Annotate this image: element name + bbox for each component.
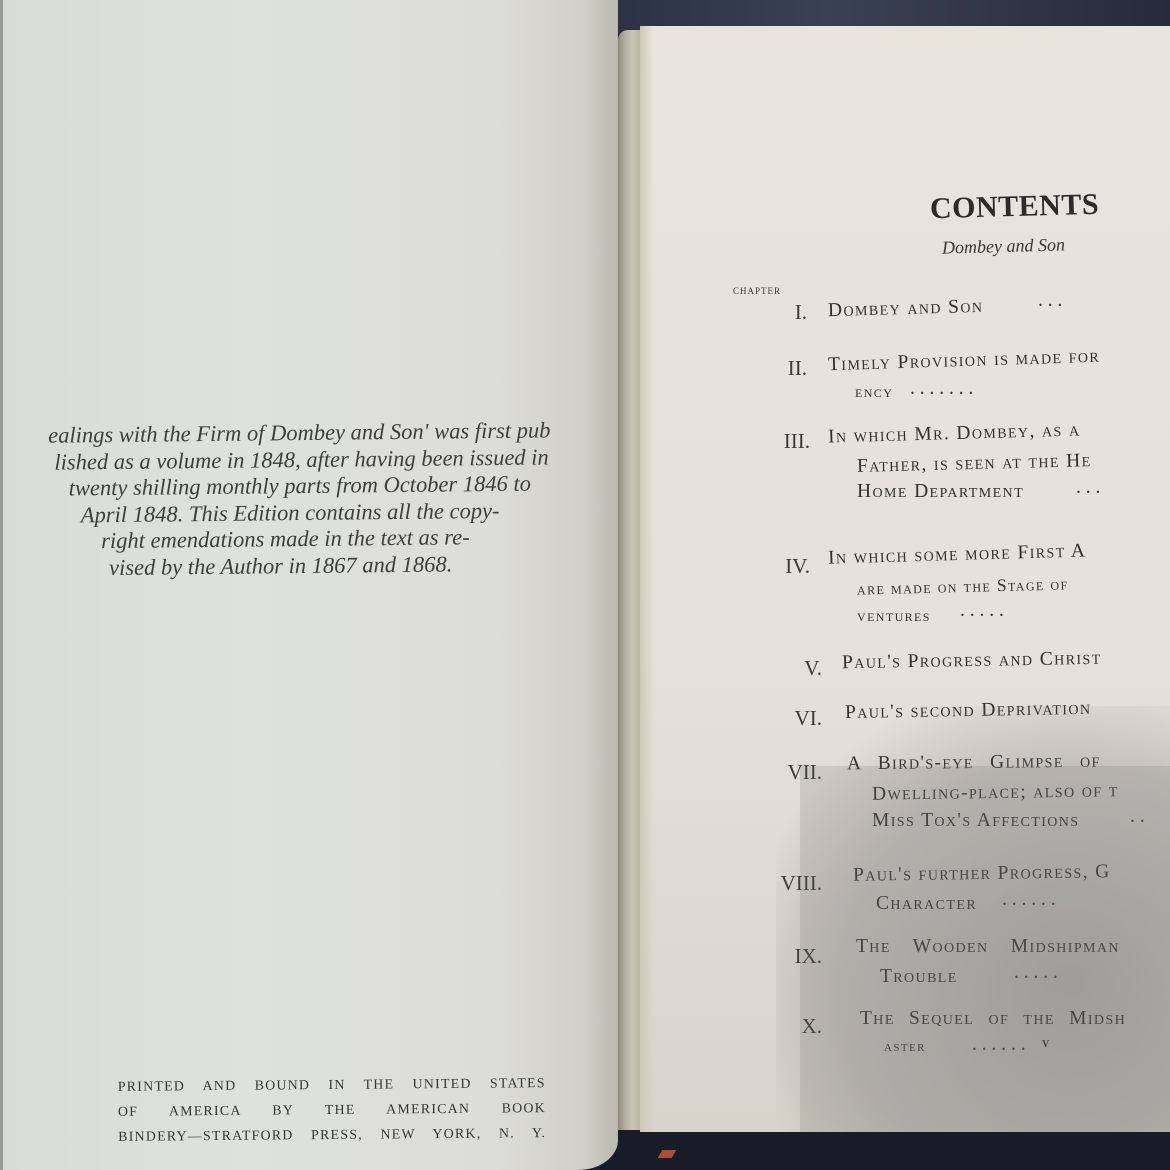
chapter-title-line: A Bird's-eye Glimpse of xyxy=(847,751,1101,776)
chapter-number: V. xyxy=(762,656,822,681)
chapter-title-line: In which some more First A xyxy=(828,540,1087,569)
right-page-contents: CONTENTS Dombey and Son CHAPTER I. Dombe… xyxy=(640,26,1170,1132)
open-book-spread: ealings with the Firm of Dombey and Son'… xyxy=(0,0,1170,1170)
colophon-line: OF AMERICA BY THE AMERICAN BOOK xyxy=(118,1095,546,1124)
dot-leaders: . . . xyxy=(1076,477,1100,499)
chapter-number: I. xyxy=(747,300,807,325)
chapter-title-line: Paul's Progress and Christ xyxy=(842,648,1102,675)
left-page-verso: ealings with the Firm of Dombey and Son'… xyxy=(0,0,618,1170)
dot-leaders: . . . . . . xyxy=(1002,889,1056,911)
dot-leaders: . . . . . . xyxy=(972,1034,1026,1056)
table-of-contents: I. Dombey and Son . . . II. Timely Provi… xyxy=(640,26,1170,1132)
chapter-number: VIII. xyxy=(762,871,822,896)
chapter-number: VII. xyxy=(762,760,822,785)
chapter-title-line: The Sequel of the Midsh xyxy=(860,1008,1126,1030)
chapter-title-line: Miss Tox's Affections xyxy=(872,810,1080,832)
chapter-title-line: Father, is seen at the He xyxy=(857,450,1092,478)
chapter-title-line: The Wooden Midshipman xyxy=(856,936,1120,958)
chapter-title-line: ency xyxy=(855,382,893,402)
dot-leaders: . . . xyxy=(1038,290,1062,312)
printer-colophon: PRINTED AND BOUND IN THE UNITED STATES O… xyxy=(118,1070,547,1149)
chapter-title-line: Trouble xyxy=(880,966,958,988)
chapter-title-line: Dombey and Son xyxy=(828,296,984,322)
chapter-number: IV. xyxy=(750,554,810,579)
chapter-title-line: Home Department xyxy=(857,481,1024,503)
dot-leaders: . . . . . . . xyxy=(910,378,973,400)
note-line: vised by the Author in 1867 and 1868. xyxy=(0,549,618,583)
chapter-title-line: aster xyxy=(884,1038,926,1056)
chapter-title-line: Character xyxy=(876,893,977,915)
chapter-title-line: Dwelling-place; also of t xyxy=(872,780,1119,805)
chapter-title-line: ventures xyxy=(857,606,931,626)
page-number: v xyxy=(1042,1036,1049,1052)
chapter-number: III. xyxy=(750,429,810,454)
chapter-title-line: are made on the Stage of xyxy=(857,573,1069,599)
dot-leaders: . . . . . xyxy=(960,600,1004,622)
chapter-number: X. xyxy=(762,1014,822,1039)
dot-leaders: . . xyxy=(1130,806,1145,828)
dot-leaders: . . . . . xyxy=(1014,962,1058,984)
book-gutter xyxy=(618,30,642,1130)
chapter-number: IX. xyxy=(762,944,822,969)
chapter-title-line: Paul's further Progress, G xyxy=(853,861,1111,887)
chapter-title-line: In which Mr. Dombey, as a xyxy=(828,419,1081,448)
colophon-line: PRINTED AND BOUND IN THE UNITED STATES xyxy=(118,1070,546,1099)
publication-history-note: ealings with the Firm of Dombey and Son'… xyxy=(0,417,618,583)
chapter-title-line: Paul's second Deprivation xyxy=(845,698,1092,724)
colophon-line: BINDERY—STRATFORD PRESS, NEW YORK, N. Y. xyxy=(118,1120,546,1149)
chapter-number: II. xyxy=(747,356,807,381)
chapter-title-line: Timely Provision is made for xyxy=(828,346,1101,377)
chapter-number: VI. xyxy=(762,706,822,731)
